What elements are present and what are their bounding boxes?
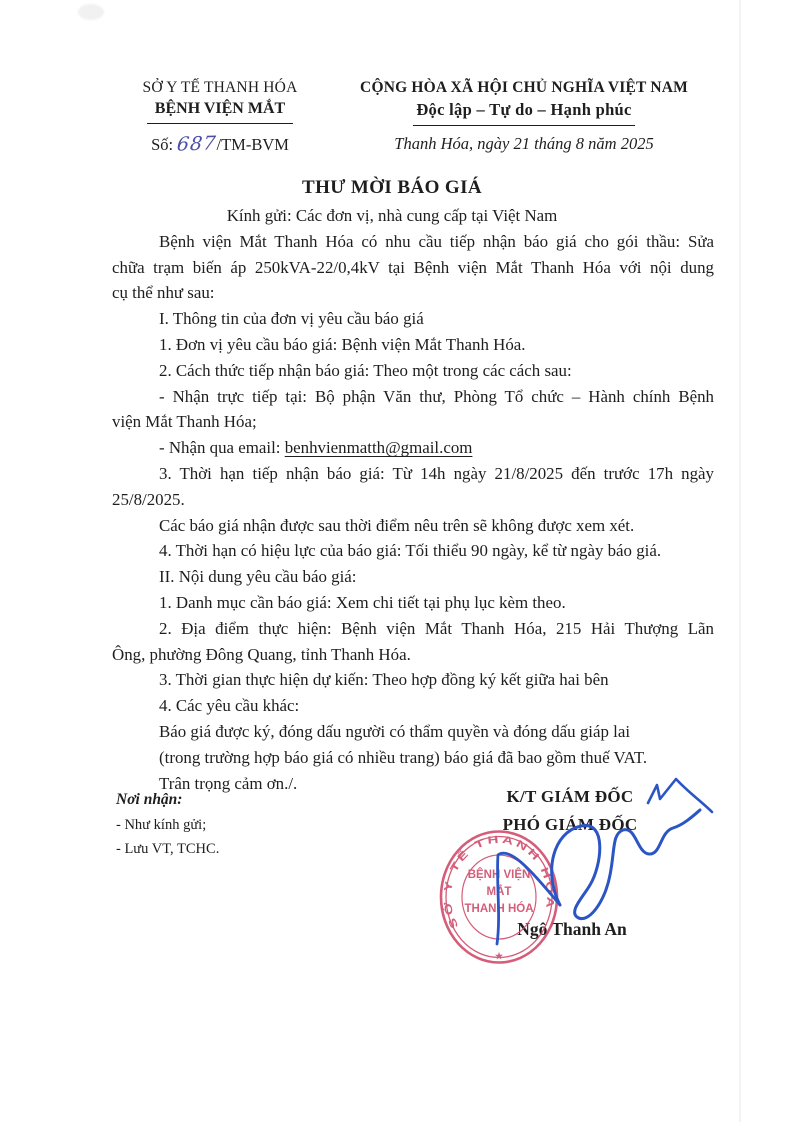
scanned-document-page: SỞ Y TẾ THANH HÓA BỆNH VIỆN MẮT Số: 687/… [0, 0, 798, 1122]
ref-suffix: /TM-BVM [216, 135, 288, 154]
issuer-header: SỞ Y TẾ THANH HÓA BỆNH VIỆN MẮT Số: 687/… [106, 78, 334, 157]
scan-artifact-line [739, 0, 741, 1122]
issuer-organization: BỆNH VIỆN MẮT [147, 99, 293, 124]
body-line: Các báo giá nhận được sau thời điểm nêu … [112, 513, 714, 539]
issuer-department: SỞ Y TẾ THANH HÓA [106, 78, 334, 97]
signature-flourish-stroke [648, 779, 712, 812]
body-line: 1. Danh mục cần báo giá: Xem chi tiết tạ… [112, 590, 714, 616]
body-line: 1. Đơn vị yêu cầu báo giá: Bệnh viện Mắt… [112, 332, 714, 358]
salutation-line: Kính gửi: Các đơn vị, nhà cung cấp tại V… [112, 203, 672, 229]
ref-prefix: Số: [151, 135, 177, 154]
document-title: THƯ MỜI BÁO GIÁ [112, 177, 672, 199]
recipients-label: Nơi nhận: [116, 791, 219, 810]
place-date-line: Thanh Hóa, ngày 21 tháng 8 năm 2025 [352, 134, 696, 155]
body-line: cụ thể như sau: [112, 280, 714, 306]
signature-ink [440, 770, 720, 970]
email-prefix: - Nhận qua email: [159, 438, 285, 457]
motto-line: Độc lập – Tự do – Hạnh phúc [413, 100, 634, 126]
body-line: 4. Thời hạn có hiệu lực của báo giá: Tối… [112, 538, 714, 564]
national-header: CỘNG HÒA XÃ HỘI CHỦ NGHĨA VIỆT NAM Độc l… [352, 78, 696, 155]
email-address: benhvienmatth@gmail.com [285, 438, 473, 457]
body-line: 4. Các yêu cầu khác: [112, 693, 714, 719]
country-line: CỘNG HÒA XÃ HỘI CHỦ NGHĨA VIỆT NAM [352, 78, 696, 97]
body-line: 2. Cách thức tiếp nhận báo giá: Theo một… [112, 358, 714, 384]
recipient-item: - Lưu VT, TCHC. [116, 841, 219, 858]
email-line: - Nhận qua email: benhvienmatth@gmail.co… [112, 435, 714, 461]
body-line: 25/8/2025. [112, 487, 714, 513]
recipient-item: - Như kính gửi; [116, 817, 219, 834]
body-line: Ông, phường Đông Quang, tỉnh Thanh Hóa. [112, 642, 714, 668]
document-body: Kính gửi: Các đơn vị, nhà cung cấp tại V… [112, 203, 714, 796]
body-line: Bệnh viện Mắt Thanh Hóa có nhu cầu tiếp … [112, 229, 714, 255]
body-line: 3. Thời gian thực hiện dự kiến: Theo hợp… [112, 667, 714, 693]
document-ref-number: Số: 687/TM-BVM [106, 133, 334, 157]
signature-main-stroke [552, 810, 700, 919]
scan-artifact-smudge [78, 4, 104, 20]
body-line: Báo giá được ký, đóng dấu người có thẩm … [112, 719, 714, 745]
ref-number-handwritten: 687 [176, 133, 218, 158]
body-line: 2. Địa điểm thực hiện: Bệnh viện Mắt Tha… [112, 616, 714, 642]
body-line: 3. Thời hạn tiếp nhận báo giá: Từ 14h ng… [112, 461, 714, 487]
body-line: chữa trạm biến áp 250kVA-22/0,4kV tại Bệ… [112, 255, 714, 281]
section-heading-line: I. Thông tin của đơn vị yêu cầu báo giá [112, 306, 714, 332]
body-line: viện Mắt Thanh Hóa; [112, 409, 714, 435]
recipients-block: Nơi nhận: - Như kính gửi; - Lưu VT, TCHC… [116, 791, 219, 858]
section-heading-line: II. Nội dung yêu cầu báo giá: [112, 564, 714, 590]
body-line: - Nhận trực tiếp tại: Bộ phận Văn thư, P… [112, 384, 714, 410]
body-line: (trong trường hợp báo giá có nhiều trang… [112, 745, 714, 771]
